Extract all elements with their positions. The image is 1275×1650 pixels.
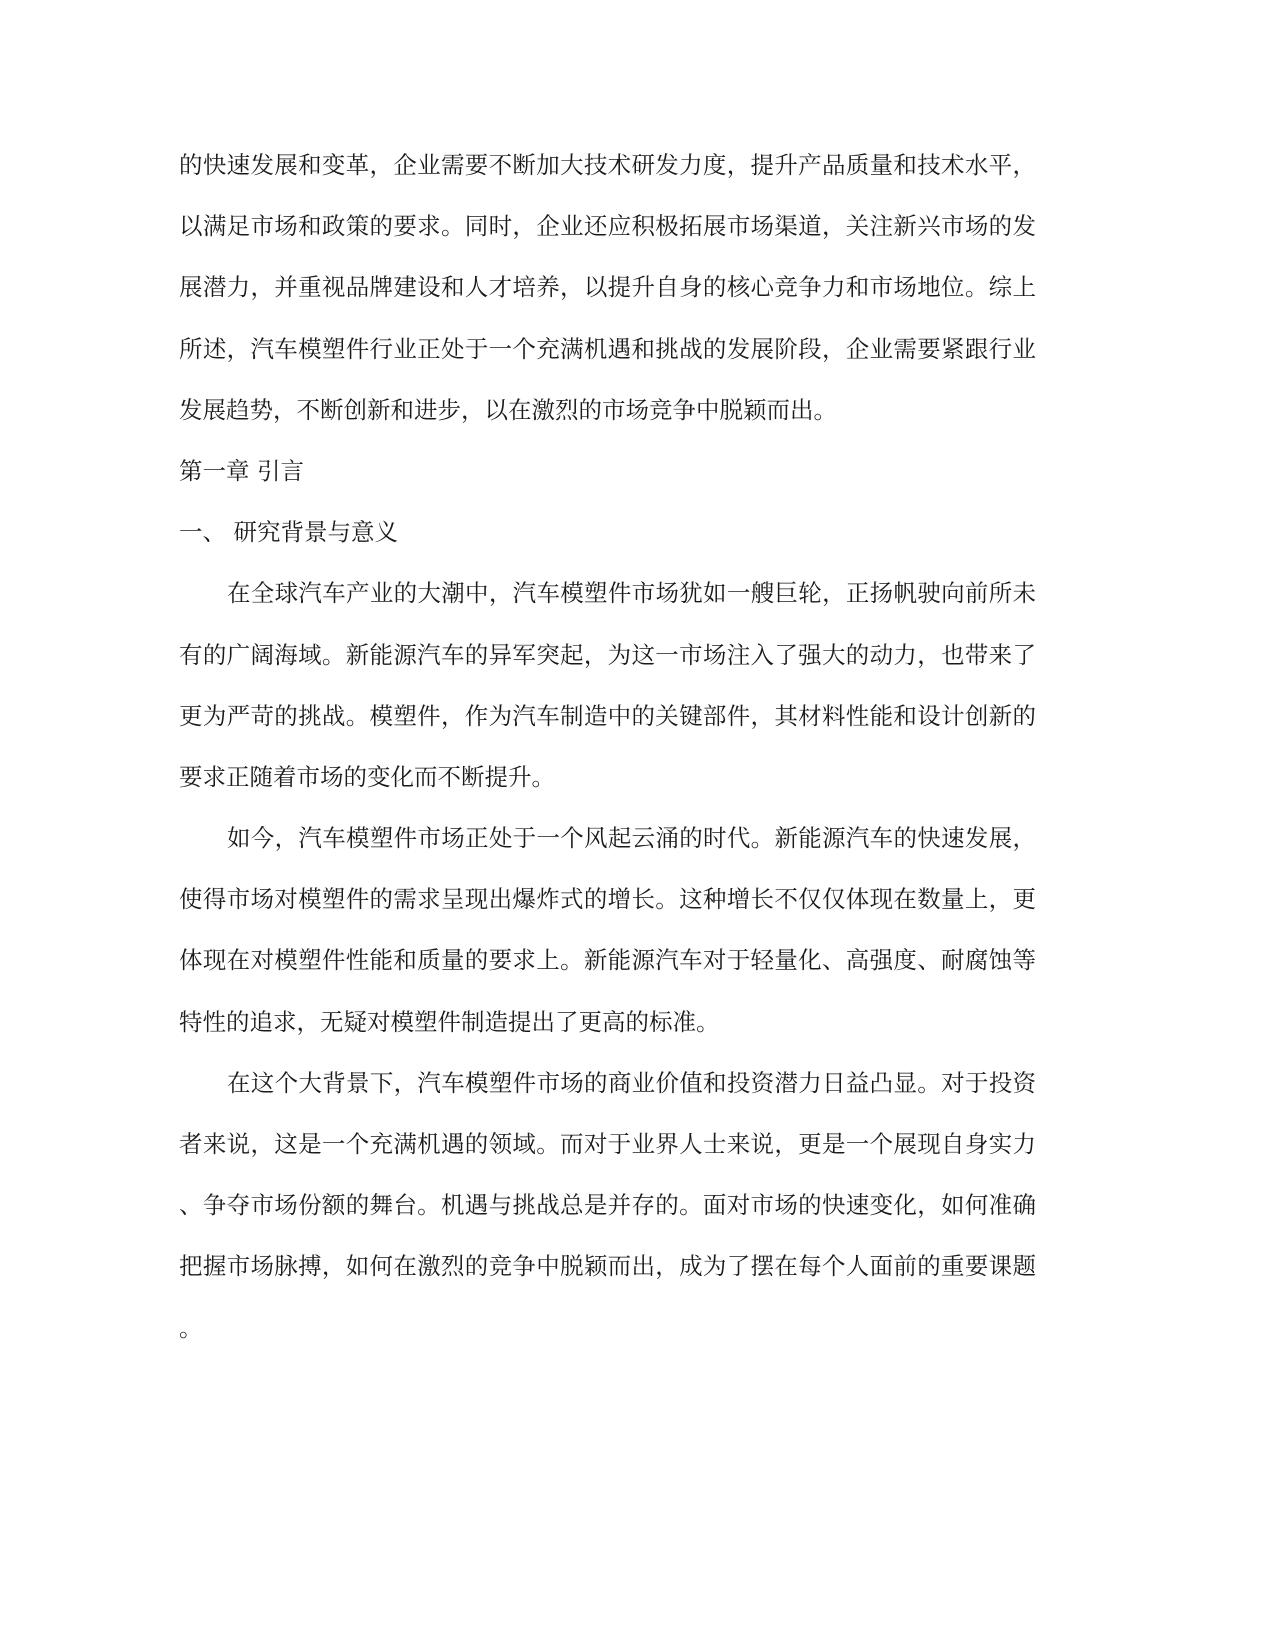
body-line: 如今，汽车模塑件市场正处于一个风起云涌的时代。新能源汽车的快速发展， bbox=[179, 821, 1036, 882]
body-line: 以满足市场和政策的要求。同时，企业还应积极拓展市场渠道，关注新兴市场的发 bbox=[179, 209, 1036, 270]
body-line: 有的广阔海域。新能源汽车的异军突起，为这一市场注入了强大的动力，也带来了 bbox=[179, 638, 1036, 699]
body-line: 、争夺市场份额的舞台。机遇与挑战总是并存的。面对市场的快速变化，如何准确 bbox=[179, 1188, 1036, 1249]
body-line: 在全球汽车产业的大潮中，汽车模塑件市场犹如一艘巨轮，正扬帆驶向前所未 bbox=[179, 576, 1036, 637]
text-block: 的快速发展和变革，企业需要不断加大技术研发力度，提升产品质量和技术水平， 以满足… bbox=[179, 148, 1036, 1372]
body-line: 展潜力，并重视品牌建设和人才培养，以提升自身的核心竞争力和市场地位。综上 bbox=[179, 270, 1036, 331]
body-line: 把握市场脉搏，如何在激烈的竞争中脱颖而出，成为了摆在每个人面前的重要课题 bbox=[179, 1249, 1036, 1310]
body-line: 的快速发展和变革，企业需要不断加大技术研发力度，提升产品质量和技术水平， bbox=[179, 148, 1036, 209]
body-line: 。 bbox=[179, 1311, 1036, 1372]
body-line: 使得市场对模塑件的需求呈现出爆炸式的增长。这种增长不仅仅体现在数量上，更 bbox=[179, 882, 1036, 943]
body-line: 在这个大背景下，汽车模塑件市场的商业价值和投资潜力日益凸显。对于投资 bbox=[179, 1066, 1036, 1127]
body-line: 更为严苛的挑战。模塑件，作为汽车制造中的关键部件，其材料性能和设计创新的 bbox=[179, 699, 1036, 760]
chapter-heading: 第一章 引言 bbox=[179, 454, 1036, 515]
body-line: 体现在对模塑件性能和质量的要求上。新能源汽车对于轻量化、高强度、耐腐蚀等 bbox=[179, 943, 1036, 1004]
section-heading: 一、 研究背景与意义 bbox=[179, 515, 1036, 576]
body-line: 特性的追求，无疑对模塑件制造提出了更高的标准。 bbox=[179, 1005, 1036, 1066]
document-page: 的快速发展和变革，企业需要不断加大技术研发力度，提升产品质量和技术水平， 以满足… bbox=[0, 0, 1275, 1650]
body-line: 发展趋势，不断创新和进步，以在激烈的市场竞争中脱颖而出。 bbox=[179, 393, 1036, 454]
body-line: 要求正随着市场的变化而不断提升。 bbox=[179, 760, 1036, 821]
body-line: 者来说，这是一个充满机遇的领域。而对于业界人士来说，更是一个展现自身实力 bbox=[179, 1127, 1036, 1188]
body-line: 所述，汽车模塑件行业正处于一个充满机遇和挑战的发展阶段，企业需要紧跟行业 bbox=[179, 332, 1036, 393]
